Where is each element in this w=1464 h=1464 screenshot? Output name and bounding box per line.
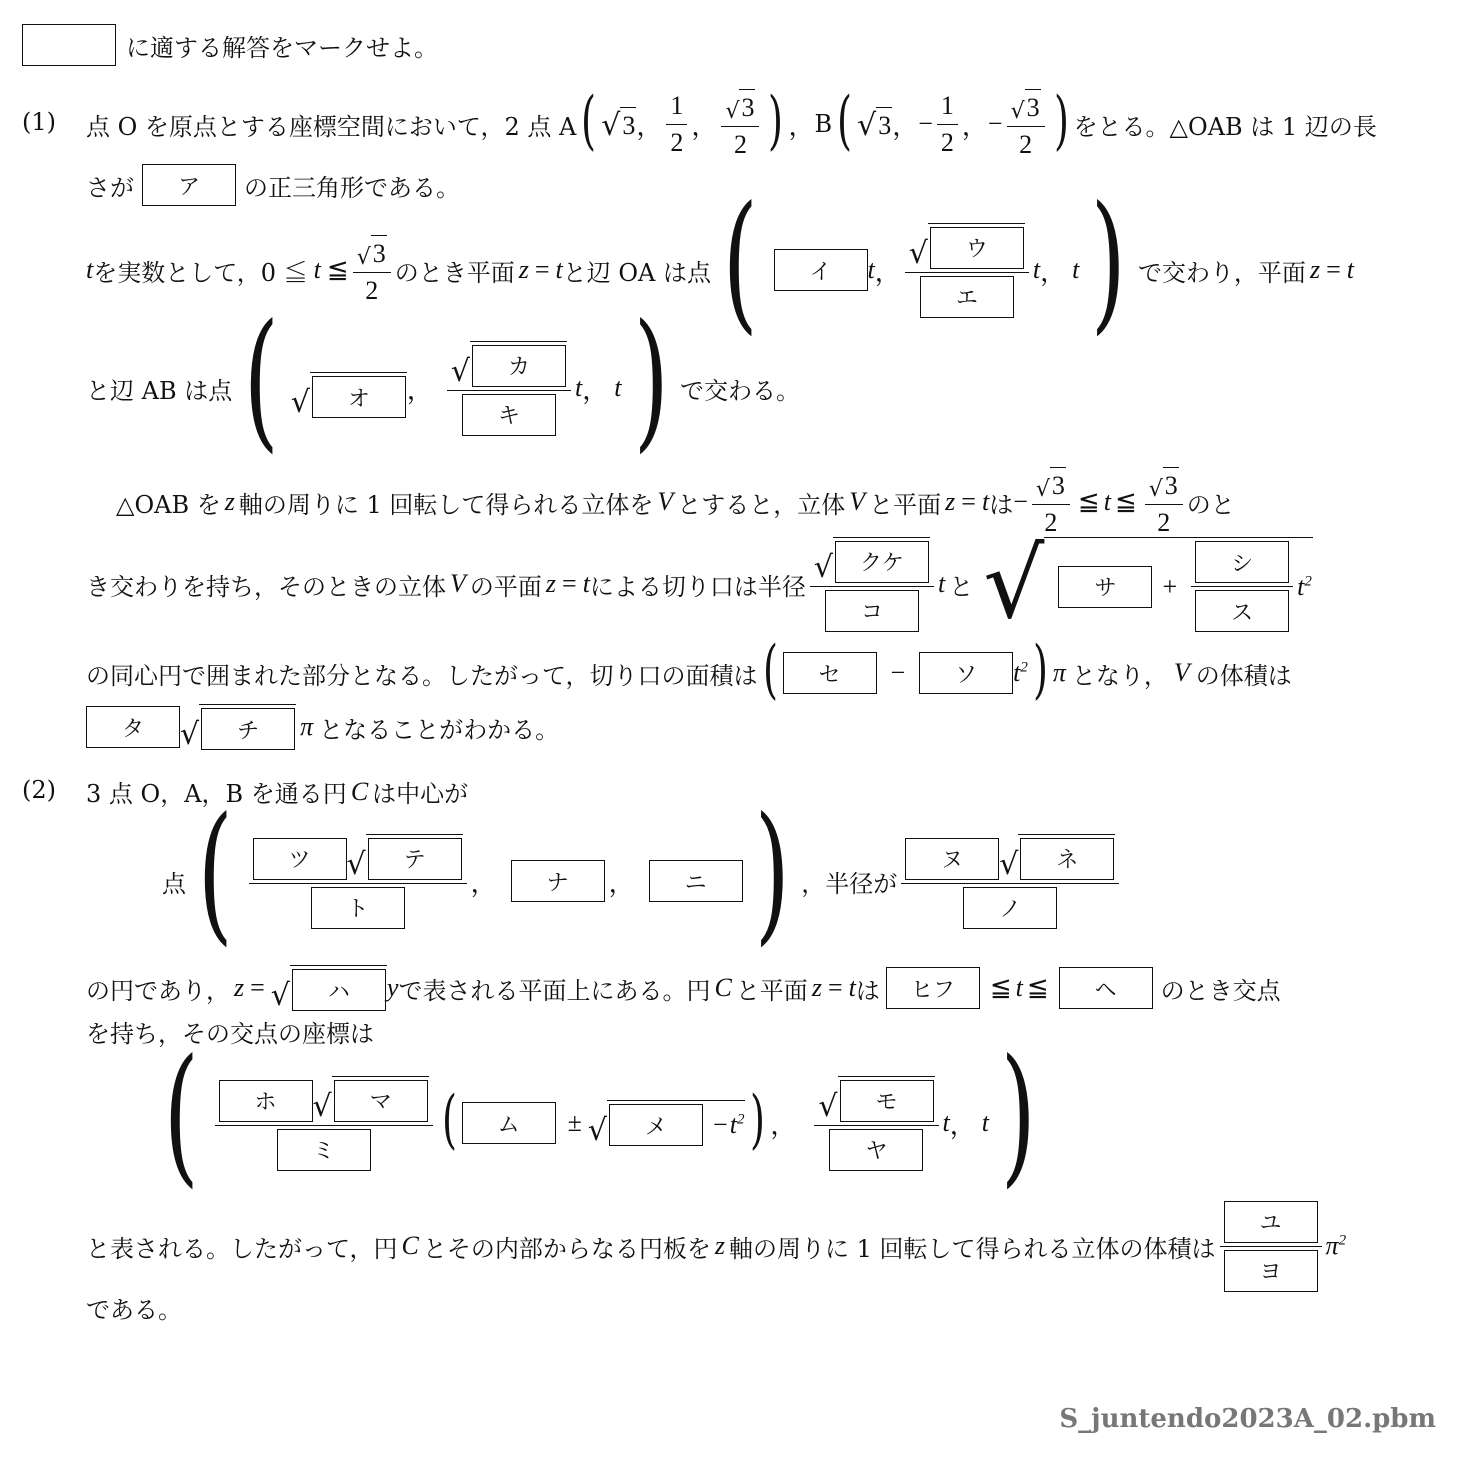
- fraction-1-2: 12: [937, 91, 958, 158]
- comma: ，: [950, 1105, 976, 1142]
- answer-box-yo[interactable]: ヨ: [1224, 1250, 1318, 1292]
- paren-close: ): [750, 1088, 765, 1152]
- fraction-sqrt-kuke-over-ko: √クケ コ: [810, 537, 934, 632]
- paren-close: ): [633, 305, 668, 455]
- minus-sign: −: [988, 109, 1003, 139]
- q1-text: 軸の周りに 1 回転して得られる立体を: [239, 485, 654, 520]
- q1-text: をとる。△OAB は 1 辺の長: [1074, 107, 1377, 142]
- var-t-squared: t2: [730, 1110, 745, 1140]
- q2-text: の円であり，: [86, 971, 230, 1006]
- answer-box-na[interactable]: ナ: [511, 860, 605, 902]
- paren-open: (: [164, 1040, 199, 1190]
- var-V: V: [1174, 658, 1190, 688]
- equals-sign: =: [1326, 255, 1341, 285]
- q1-text: と平面: [869, 485, 941, 520]
- var-z: z: [234, 973, 244, 1003]
- paren-close: ): [754, 798, 789, 948]
- answer-box-su[interactable]: ス: [1195, 590, 1289, 632]
- equals-sign: =: [535, 255, 550, 285]
- answer-box-a[interactable]: ア: [142, 164, 236, 206]
- var-t: t: [1016, 973, 1023, 1003]
- answer-box-mu[interactable]: ム: [462, 1102, 556, 1144]
- q2-text: 軸の周りに 1 回転して得られる立体の体積は: [729, 1229, 1216, 1264]
- var-t: t: [583, 569, 590, 599]
- q2-line6: と表される。したがって，円 C とその内部からなる円板を z 軸の周りに 1 回…: [86, 1196, 1346, 1296]
- fraction-sqrt-u-over-e: √ウ エ: [905, 223, 1029, 318]
- var-t: t: [86, 255, 93, 285]
- comma: ，: [962, 106, 988, 143]
- q1-line7: の同心円で囲まれた部分となる。したがって，切り口の面積は ( セ − ソ t2 …: [86, 648, 1292, 698]
- q1-text: の平面: [470, 567, 542, 602]
- answer-box-tsu[interactable]: ツ: [253, 838, 347, 880]
- pi-symbol: π: [300, 712, 313, 742]
- fraction-1-2: 12: [666, 91, 687, 158]
- equals-sign: =: [562, 569, 577, 599]
- paren-open: (: [198, 798, 233, 948]
- minus-sign: −: [891, 658, 906, 688]
- answer-box-e[interactable]: エ: [920, 276, 1014, 318]
- var-t-squared: t2: [1013, 658, 1028, 688]
- q1-text: と辺 OA は点: [563, 253, 711, 288]
- var-t: t: [1347, 255, 1354, 285]
- radicand: 3: [1163, 467, 1179, 501]
- instruction-row: に適する解答をマークせよ。: [22, 24, 438, 66]
- q1-text: を実数として，0 ≦: [93, 253, 307, 288]
- answer-box-ni[interactable]: ニ: [649, 860, 743, 902]
- answer-box-ne[interactable]: ネ: [1020, 838, 1114, 880]
- answer-box-hifu[interactable]: ヒフ: [886, 967, 980, 1009]
- answer-box-ya[interactable]: ヤ: [829, 1129, 923, 1171]
- q1-text: で交わる。: [680, 371, 800, 406]
- var-t: t: [1072, 255, 1079, 285]
- answer-box-no[interactable]: ノ: [963, 887, 1057, 929]
- q1-text: のと: [1187, 485, 1235, 520]
- q2-text: で表される平面上にある。円: [398, 971, 710, 1006]
- le-sign: ≦: [1078, 487, 1100, 517]
- paren-close: ): [1001, 1040, 1036, 1190]
- q1-text: の同心円で囲まれた部分となる。したがって，切り口の面積は: [86, 656, 758, 691]
- var-t: t: [556, 255, 563, 285]
- q1-text: となることがわかる。: [319, 710, 559, 745]
- answer-box-ko[interactable]: コ: [825, 590, 919, 632]
- equals-sign: =: [828, 973, 843, 1003]
- q2-line3: の円であり， z = √ハ y で表される平面上にある。円 C と平面 z = …: [86, 962, 1281, 1014]
- q2-text: とその内部からなる円板を: [423, 1229, 711, 1264]
- le-sign: ≦: [327, 255, 349, 285]
- comma: ，: [471, 863, 497, 900]
- denominator: 2: [937, 124, 958, 158]
- paren-open: (: [763, 638, 778, 702]
- var-z: z: [546, 569, 556, 599]
- le-sign: ≦: [990, 973, 1012, 1003]
- instruction-text: に適する解答をマークせよ。: [126, 28, 438, 63]
- q2-text: と平面: [736, 971, 808, 1006]
- radicand: 3: [620, 107, 636, 141]
- paren-open: (: [723, 187, 758, 337]
- q2-line7: である。: [86, 1290, 182, 1325]
- q1-text: による切り口は半径: [590, 567, 806, 602]
- q1-text: △OAB を: [116, 485, 221, 520]
- q1-line4: と辺 AB は点 ( √オ ， √カ キ t， t ) で交わる。: [86, 332, 800, 444]
- denominator: 2: [1007, 126, 1045, 160]
- radicand: 3: [739, 89, 755, 123]
- equals-sign: =: [250, 973, 265, 1003]
- pi-symbol: π: [1053, 658, 1066, 688]
- paren-open: (: [581, 89, 596, 153]
- var-t: t: [1033, 255, 1040, 285]
- var-t: t: [982, 1108, 989, 1138]
- q1-line6: き交わりを持ち，そのときの立体 V の平面 z = t による切り口は半径 √ク…: [86, 528, 1313, 640]
- q2-text: である。: [86, 1290, 182, 1325]
- answer-box-ma[interactable]: マ: [334, 1080, 428, 1122]
- var-t: t: [868, 255, 875, 285]
- answer-box-yu[interactable]: ユ: [1224, 1201, 1318, 1243]
- answer-box-sa[interactable]: サ: [1058, 566, 1152, 608]
- comma: ，: [788, 106, 814, 143]
- sqrt-3: √3: [857, 107, 892, 141]
- var-C: C: [402, 1231, 419, 1261]
- fraction-sqrt3-2: √32: [1007, 89, 1045, 160]
- q2-text: を持ち，その交点の座標は: [86, 1014, 374, 1049]
- var-t: t: [943, 1108, 950, 1138]
- var-z: z: [1310, 255, 1320, 285]
- paren-close: ): [1033, 638, 1048, 702]
- var-z: z: [945, 487, 955, 517]
- fraction-coord-x: ホ√マ ミ: [215, 1076, 433, 1171]
- radicand: 3: [371, 235, 387, 269]
- var-t: t: [938, 569, 945, 599]
- question-2-label: (2): [22, 776, 56, 804]
- var-C: C: [351, 777, 368, 807]
- answer-box-so[interactable]: ソ: [919, 652, 1013, 694]
- q2-text: は: [856, 971, 880, 1006]
- answer-box-u[interactable]: ウ: [930, 227, 1024, 269]
- le-sign: ≦: [1115, 487, 1137, 517]
- var-t: t: [1104, 487, 1111, 517]
- denominator: 2: [721, 126, 759, 160]
- paren-open: (: [442, 1088, 457, 1152]
- numerator: 1: [937, 91, 958, 124]
- answer-box-ta[interactable]: タ: [86, 706, 180, 748]
- fraction-sqrt3-2: √32: [721, 89, 759, 160]
- point-b-label: B: [814, 110, 832, 138]
- answer-box-te[interactable]: テ: [368, 838, 462, 880]
- q1-text: とすると，立体: [677, 485, 845, 520]
- answer-box-ho[interactable]: ホ: [219, 1080, 313, 1122]
- var-V: V: [849, 487, 865, 517]
- fraction-radius: ヌ√ネ ノ: [901, 834, 1119, 929]
- answer-box-he[interactable]: ヘ: [1059, 967, 1153, 1009]
- q1-text: の体積は: [1196, 656, 1292, 691]
- var-t: t: [575, 373, 582, 403]
- radicand: 3: [876, 107, 892, 141]
- q1-text: と: [949, 567, 973, 602]
- fraction-sqrt-mo-over-ya: √モ ヤ: [814, 1076, 938, 1171]
- q1-text: で交わり，平面: [1138, 253, 1306, 288]
- fraction-sqrt-ka-over-ki: √カ キ: [447, 341, 571, 436]
- pi-squared: π2: [1326, 1231, 1347, 1261]
- q1-line8: タ √チ π となることがわかる。: [86, 704, 559, 750]
- footer-filename: S_juntendo2023A_02.pbm: [1059, 1404, 1436, 1434]
- q1-text: は: [989, 485, 1013, 520]
- le-sign: ≦: [1027, 973, 1049, 1003]
- answer-box-chi[interactable]: チ: [201, 708, 295, 750]
- answer-box-kuke[interactable]: クケ: [835, 541, 929, 583]
- answer-box-mo[interactable]: モ: [840, 1080, 934, 1122]
- equals-sign: =: [961, 487, 976, 517]
- q2-text: のとき交点: [1161, 971, 1281, 1006]
- comma: ，: [770, 1105, 796, 1142]
- var-V: V: [657, 487, 673, 517]
- var-C: C: [714, 973, 731, 1003]
- comma: ，: [582, 370, 608, 407]
- comma: ，: [1040, 252, 1066, 289]
- plus-sign: +: [1162, 572, 1177, 602]
- paren-close: ): [1091, 187, 1126, 337]
- answer-box-i[interactable]: イ: [774, 249, 868, 291]
- paren-close: ): [768, 89, 783, 153]
- fraction-sqrt3-2: √32: [1032, 467, 1070, 538]
- fraction-center-x: ツ√テ ト: [249, 834, 467, 929]
- numerator: 1: [666, 91, 687, 124]
- q2-text: は中心が: [372, 774, 468, 809]
- radicand: 3: [1025, 89, 1041, 123]
- var-t: t: [314, 255, 321, 285]
- minus-sign: −: [1013, 487, 1028, 517]
- question-1-label: (1): [22, 108, 56, 136]
- answer-box-ki[interactable]: キ: [462, 394, 556, 436]
- answer-box-me[interactable]: メ: [609, 1104, 703, 1146]
- paren-close: ): [1054, 89, 1069, 153]
- q2-center-radius: 点 ( ツ√テ ト ， ナ ， ニ ) ，半径が ヌ√ネ ノ: [162, 820, 1123, 942]
- q1-text: となり，: [1072, 656, 1168, 691]
- var-t-squared: t2: [1297, 572, 1312, 602]
- fraction-sqrt3-2: √32: [353, 235, 391, 306]
- var-V: V: [450, 569, 466, 599]
- q1-text: のとき平面: [395, 253, 515, 288]
- denominator: 2: [666, 124, 687, 158]
- answer-box-shi[interactable]: シ: [1195, 541, 1289, 583]
- answer-box-to[interactable]: ト: [311, 887, 405, 929]
- fraction-shi-over-su: シ ス: [1191, 541, 1293, 632]
- minus-sign: −: [713, 1110, 728, 1140]
- comma: ，: [636, 106, 662, 143]
- fraction-sqrt3-2: √32: [1145, 467, 1183, 538]
- var-y: y: [387, 973, 399, 1003]
- var-z: z: [715, 1231, 725, 1261]
- answer-box-o[interactable]: オ: [312, 376, 406, 418]
- answer-box-mi[interactable]: ミ: [277, 1129, 371, 1171]
- answer-box-ka[interactable]: カ: [472, 345, 566, 387]
- q1-text: の正三角形である。: [244, 168, 460, 203]
- q2-intersection-coords: ( ホ√マ ミ ( ム ± √メ−t2 ) ， √モ ヤ t， t ): [152, 1062, 1048, 1184]
- var-z: z: [519, 255, 529, 285]
- var-z: z: [812, 973, 822, 1003]
- comma: ，: [875, 252, 901, 289]
- answer-box-ha[interactable]: ハ: [292, 969, 386, 1011]
- q2-line1: 3 点 O，A，B を通る円 C は中心が: [86, 774, 468, 809]
- q1-text: 点 O を原点とする座標空間において，2 点 A: [86, 107, 576, 142]
- paren-open: (: [837, 89, 852, 153]
- q1-text: き交わりを持ち，そのときの立体: [86, 567, 446, 602]
- q1-text: と辺 AB は点: [86, 371, 232, 406]
- q1-line2: さが ア の正三角形である。: [86, 164, 460, 206]
- q2-text: と表される。したがって，円: [86, 1229, 398, 1264]
- comma: ，: [407, 370, 433, 407]
- comma: ，: [892, 106, 918, 143]
- paren-open: (: [244, 305, 279, 455]
- q2-text: ，半径が: [801, 864, 897, 899]
- comma: ，: [691, 106, 717, 143]
- sqrt-3: √3: [601, 107, 636, 141]
- q1-text: さが: [86, 168, 134, 203]
- plus-minus-sign: ±: [568, 1108, 582, 1138]
- blank-example-box: [22, 24, 116, 66]
- minus-sign: −: [918, 109, 933, 139]
- answer-box-se[interactable]: セ: [783, 652, 877, 694]
- denominator: 2: [353, 272, 391, 306]
- var-z: z: [225, 487, 235, 517]
- var-t: t: [849, 973, 856, 1003]
- q1-line1: 点 O を原点とする座標空間において，2 点 A ( √3 ， 12 ， √32…: [86, 88, 1377, 160]
- q1-line5: △OAB を z 軸の周りに 1 回転して得られる立体を V とすると，立体 V…: [116, 470, 1235, 534]
- q2-text: 点: [162, 864, 186, 899]
- q2-line4: を持ち，その交点の座標は: [86, 1014, 374, 1049]
- var-t: t: [614, 373, 621, 403]
- comma: ，: [609, 863, 635, 900]
- var-t: t: [982, 487, 989, 517]
- fraction-yu-over-yo: ユ ヨ: [1220, 1201, 1322, 1292]
- answer-box-nu[interactable]: ヌ: [905, 838, 999, 880]
- radicand: 3: [1050, 467, 1066, 501]
